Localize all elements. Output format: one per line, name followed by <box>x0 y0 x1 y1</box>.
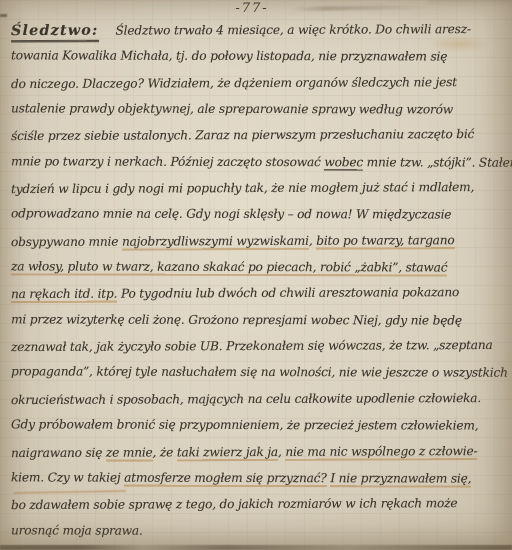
text-segment: naigrawano się <box>11 445 106 459</box>
manuscript-line: za włosy, pluto w twarz, kazano skakać p… <box>11 253 508 281</box>
text-segment: obsypywano mnie <box>11 234 122 248</box>
text-segment: okrucieństwach i sposobach, mających na … <box>11 391 481 407</box>
manuscript-line: odprowadzano mnie na celę. Gdy nogi sklę… <box>11 201 508 229</box>
manuscript-line: do niczego. Dlaczego? Widziałem, że dąże… <box>11 69 508 98</box>
text-segment: atmosferze mogłem się przyznać? <box>124 470 327 485</box>
text-segment: tydzień w lipcu i gdy nogi mi popuchły t… <box>11 180 474 196</box>
crease-mark <box>428 0 512 14</box>
text-segment: ściśle przez siebie ustalonych. Zaraz na… <box>11 127 474 143</box>
manuscript-line: okrucieństwach i sposobach, mających na … <box>11 385 508 414</box>
manuscript-line: urosnąć moja sprawa. <box>11 517 508 545</box>
text-segment: taki zwierz jak ja <box>177 444 278 458</box>
text-segment: kiem. Czy w takiej <box>11 470 124 484</box>
text-segment: ze mnie <box>106 445 153 459</box>
smudge-mark <box>292 5 430 11</box>
manuscript-line: kiem. Czy w takiej atmosferze mogłem się… <box>11 464 508 492</box>
text-segment: propaganda”, której tyle nasłuchałem się… <box>11 365 508 380</box>
text-segment: odprowadzano mnie na celę. Gdy nogi sklę… <box>11 207 451 222</box>
text-segment: za włosy, pluto w twarz, kazano skakać p… <box>11 259 447 274</box>
manuscript-line: obsypywano mnie najobrzydliwszymi wyzwis… <box>11 227 508 256</box>
manuscript-line: ściśle przez siebie ustalonych. Zaraz na… <box>11 121 508 150</box>
manuscript-page: -77- Śledztwo:Śledztwo trwało 4 miesiące… <box>0 0 512 550</box>
section-title: Śledztwo: <box>11 23 99 41</box>
manuscript-line: Śledztwo:Śledztwo trwało 4 miesiące, a w… <box>11 16 508 45</box>
edge-mark <box>0 14 7 17</box>
text-segment: mnie tzw. „stójki”. Stałem <box>363 155 512 169</box>
manuscript-line: zeznawał tak, jak życzyło sobie UB. Prze… <box>11 332 508 361</box>
manuscript-line: mi przez wizyterkę celi żonę. Grożono re… <box>11 306 508 334</box>
text-segment: nie ma nic wspólnego z człowie- <box>285 444 477 459</box>
text-segment: I nie przyznawałem się, <box>330 471 471 485</box>
text-segment: na rękach itd. itp. <box>11 287 117 301</box>
text-segment: Śledztwo trwało 4 miesiące, a więc krótk… <box>115 22 470 38</box>
manuscript-line: Gdy próbowałem bronić się przypomnieniem… <box>11 412 508 440</box>
text-segment: Gdy próbowałem bronić się przypomnieniem… <box>11 418 478 433</box>
text-segment: bo zdawałem sobie sprawę z tego, do jaki… <box>11 496 457 512</box>
page-edge <box>0 545 512 550</box>
manuscript-line: ustalenie prawdy objektywnej, ale sprepa… <box>11 95 508 123</box>
text-segment: Po tygodniu lub dwóch od chwili aresztow… <box>117 286 459 301</box>
page-number: -77- <box>235 1 268 17</box>
text-segment: towania Kowalika Michała, tj. do połowy … <box>11 49 447 64</box>
text-segment: najobrzydliwszymi wyzwiskami <box>122 234 309 249</box>
text-segment: mnie po twarzy i nerkach. Później zaczęt… <box>11 154 324 169</box>
manuscript-line: propaganda”, której tyle nasłuchałem się… <box>11 359 508 387</box>
text-segment: bito po twarzy, targano <box>316 233 454 248</box>
manuscript-line: mnie po twarzy i nerkach. Później zaczęt… <box>11 148 508 176</box>
manuscript-line: na rękach itd. itp. Po tygodniu lub dwóc… <box>11 279 508 308</box>
manuscript-line: towania Kowalika Michała, tj. do połowy … <box>11 43 508 71</box>
text-segment: zeznawał tak, jak życzyło sobie UB. Prze… <box>11 338 493 354</box>
text-segment: ustalenie prawdy objektywnej, ale sprepa… <box>11 101 453 116</box>
manuscript-line: bo zdawałem sobie sprawę z tego, do jaki… <box>11 490 508 519</box>
manuscript-line: tydzień w lipcu i gdy nogi mi popuchły t… <box>11 174 508 203</box>
text-segment: , że <box>153 445 177 459</box>
text-segment: urosnąć moja sprawa. <box>11 523 143 537</box>
text-segment: mi przez wizyterkę celi żonę. Grożono re… <box>11 312 462 327</box>
manuscript-line: naigrawano się ze mnie, że taki zwierz j… <box>11 437 508 466</box>
text-segment: wobec <box>324 155 363 169</box>
manuscript: Śledztwo:Śledztwo trwało 4 miesiące, a w… <box>11 17 508 544</box>
text-segment: do niczego. Dlaczego? Widziałem, że dąże… <box>11 75 457 91</box>
